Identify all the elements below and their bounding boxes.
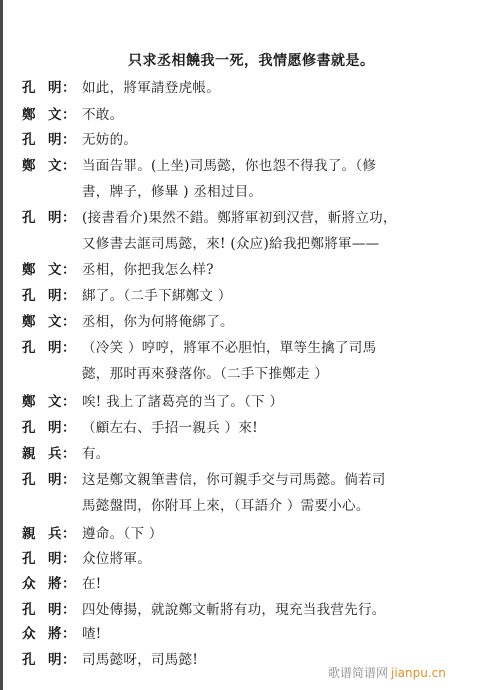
dialogue-line: 众將： 喳! [22,622,102,642]
speaker: 鄭文： [22,103,82,123]
dialogue-line: 孔明： （顧左右、手招一親兵 ）來! [22,416,258,436]
dialogue-text: 唉! 我上了諸葛亮的当了。（下 ） [82,390,283,410]
watermark-site: jianpu.cn [391,666,446,680]
dialogue-continuation: 懿，那时再來發落你。（二手下推鄭走 ） [82,362,328,382]
speaker: 孔明： [22,284,82,304]
speaker: 孔明： [22,598,82,618]
speaker: 孔明： [22,416,82,436]
dialogue-text: 綁了。（二手下綁鄭文 ） [82,284,232,304]
speaker: 孔明： [22,128,82,148]
dialogue-line: 鄭文： 不敢。 [22,103,123,123]
dialogue-line: 鄭文： 丞相，你把我怎么样? [22,258,214,278]
dialogue-line: 孔明： （冷笑 ）哼哼，將軍不必胆怕，單等生擒了司馬 [22,336,376,356]
dialogue-line: 親兵： 遵命。（下 ） [22,522,163,542]
dialogue-line: 孔明： 无妨的。 [22,128,137,148]
dialogue-text: 不敢。 [82,103,123,123]
speaker: 众將： [22,622,82,642]
dialogue-text: 有。 [82,442,110,462]
dialogue-continuation: 馬懿盤問，你附耳上來，（耳語介 ）需要小心。 [82,494,370,514]
watermark: 歌谱简谱网jianpu.cn [328,664,446,681]
dialogue-line: 孔明： 众位將軍。 [22,547,151,567]
dialogue-line: 孔明： 四处傳揚，就說鄭文斬將有功，現充当我营先行。 [22,598,386,618]
speaker: 众將： [22,572,82,592]
intro-line: 只求丞相饒我一死，我情愿修書就是。 [128,50,375,70]
speaker: 孔明： [22,76,82,96]
dialogue-line: 孔明： 綁了。（二手下綁鄭文 ） [22,284,232,304]
dialogue-line: 鄭文： 当面告罪。(上坐)司馬懿，你也怨不得我了。（修 [22,154,376,174]
dialogue-text: （顧左右、手招一親兵 ）來! [82,416,258,436]
speaker: 鄭文： [22,154,82,174]
speaker: 孔明： [22,206,82,226]
dialogue-line: 孔明： 司馬懿呀，司馬懿! [22,648,198,668]
dialogue-line: 鄭文： 唉! 我上了諸葛亮的当了。（下 ） [22,390,283,410]
speaker: 鄭文： [22,390,82,410]
dialogue-text: (接書看介)果然不錯。鄭將軍初到汉营，斬將立功， [82,206,397,226]
dialogue-line: 鄭文： 丞相，你为何將俺綁了。 [22,310,234,330]
dialogue-text: 当面告罪。(上坐)司馬懿，你也怨不得我了。（修 [82,154,376,174]
dialogue-text: 众位將軍。 [82,547,151,567]
dialogue-continuation: 書，牌子，修畢 ) 丞相过目。 [82,180,262,200]
watermark-cn: 歌谱简谱网 [328,666,388,680]
speaker: 親兵： [22,442,82,462]
speaker: 孔明： [22,468,82,488]
dialogue-text: 在! [82,572,102,592]
dialogue-text: （冷笑 ）哼哼，將軍不必胆怕，單等生擒了司馬 [82,336,376,356]
dialogue-text: 如此，將軍請登虎帳。 [82,76,220,96]
dialogue-line: 孔明： 这是鄭文親筆書信，你可親手交与司馬懿。倘若司 [22,468,386,488]
dialogue-text: 丞相，你把我怎么样? [82,258,214,278]
dialogue-line: 孔明： 如此，將軍請登虎帳。 [22,76,220,96]
dialogue-text: 丞相，你为何將俺綁了。 [82,310,234,330]
speaker: 鄭文： [22,258,82,278]
page-edge [0,0,3,690]
speaker: 親兵： [22,522,82,542]
dialogue-line: 親兵： 有。 [22,442,110,462]
speaker: 孔明： [22,547,82,567]
dialogue-text: 无妨的。 [82,128,137,148]
dialogue-line: 众將： 在! [22,572,102,592]
speaker: 孔明： [22,336,82,356]
dialogue-text: 司馬懿呀，司馬懿! [82,648,198,668]
dialogue-text: 四处傳揚，就說鄭文斬將有功，現充当我营先行。 [82,598,386,618]
speaker: 鄭文： [22,310,82,330]
dialogue-continuation: 又修書去誆司馬懿，來! (众应)給我把鄭將軍—— [82,232,379,252]
dialogue-text: 这是鄭文親筆書信，你可親手交与司馬懿。倘若司 [82,468,386,488]
dialogue-text: 遵命。（下 ） [82,522,163,542]
dialogue-line: 孔明： (接書看介)果然不錯。鄭將軍初到汉营，斬將立功， [22,206,397,226]
dialogue-text: 喳! [82,622,102,642]
speaker: 孔明： [22,648,82,668]
